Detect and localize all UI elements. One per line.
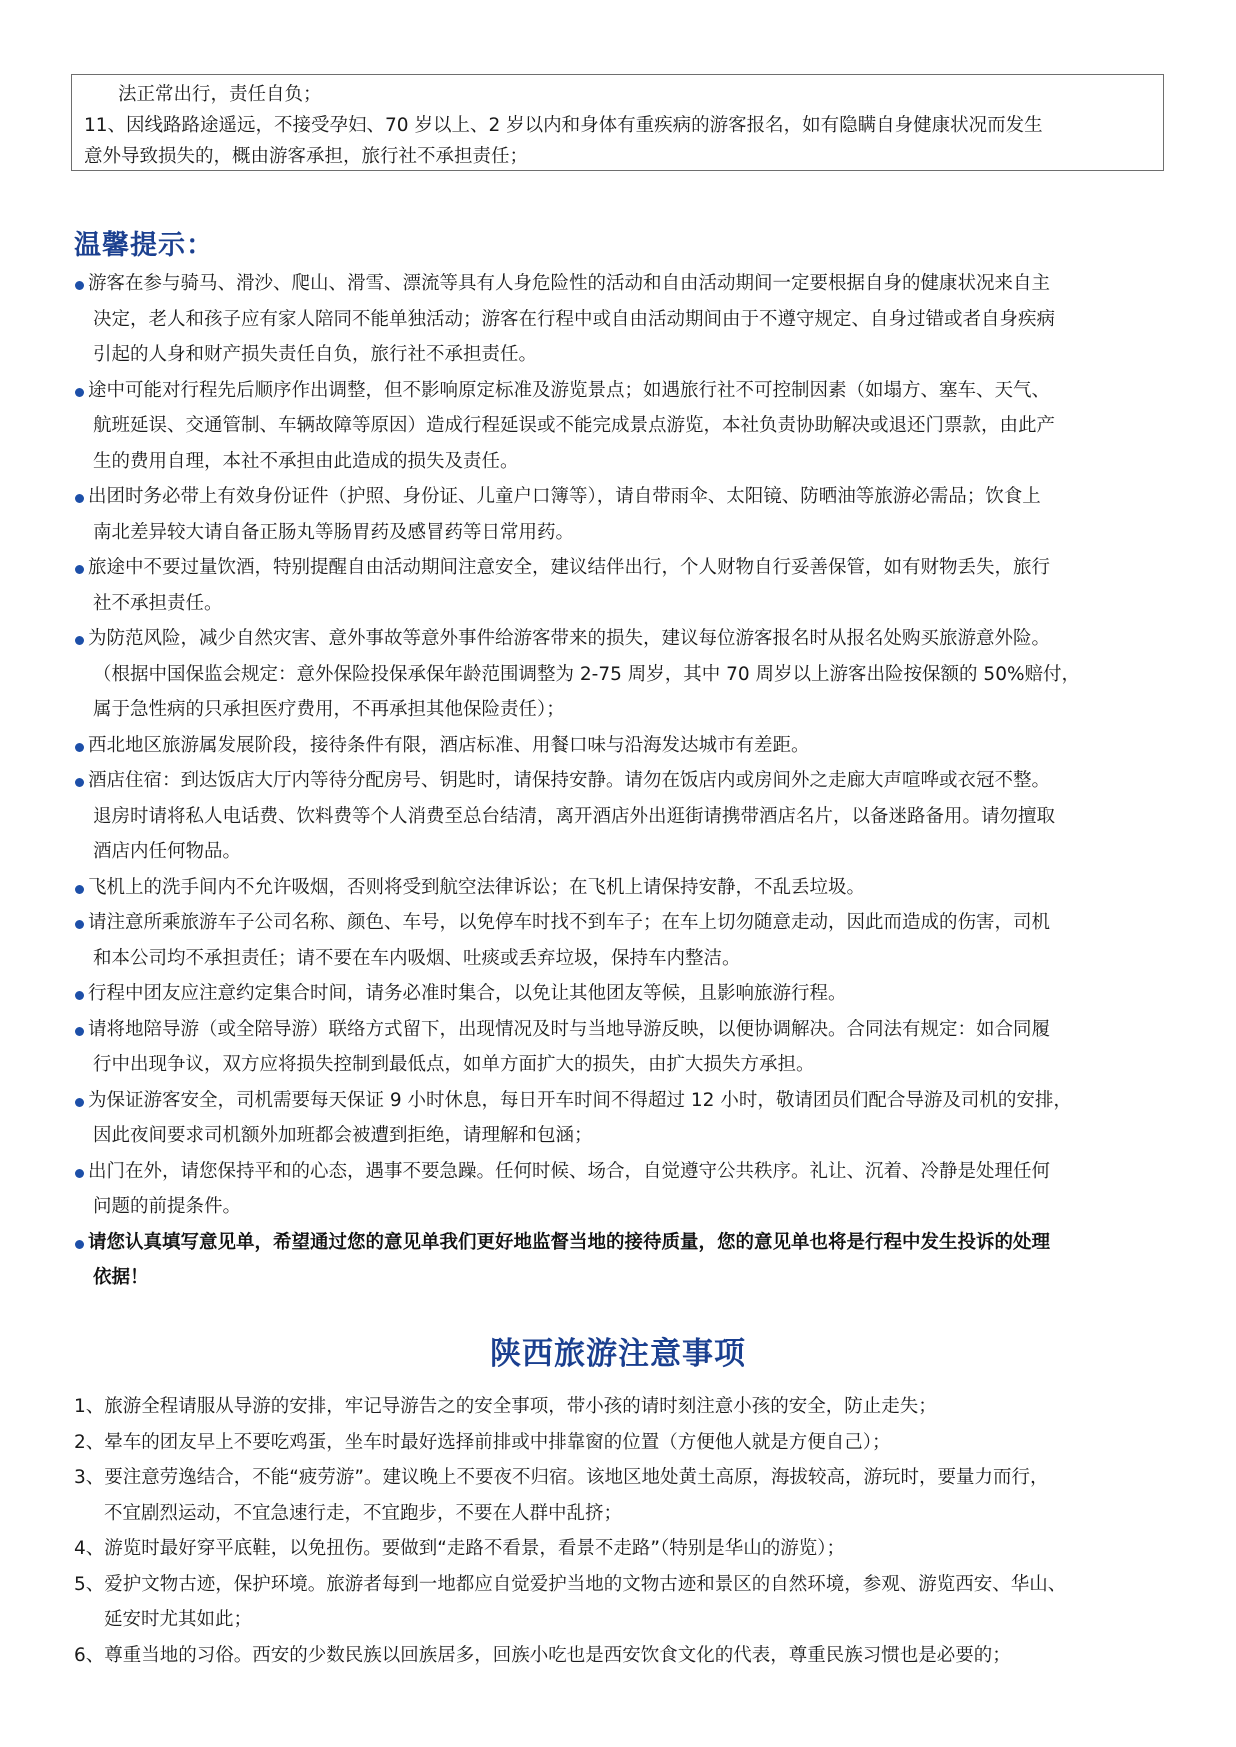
tips-heading: 温馨提示： [74, 223, 214, 262]
note-line: 6、尊重当地的习俗。西安的少数民族以回族居多，回族小吃也是西安饮食文化的代表，尊… [74, 1638, 1174, 1674]
tip-line: 行程中团友应注意约定集合时间，请务必准时集合，以免让其他团友等候，且影响旅游行程… [88, 976, 1174, 1012]
bullet-dot-icon [75, 885, 84, 894]
bullet-dot-icon [75, 1169, 84, 1178]
note-line: 延安时尤其如此； [74, 1602, 1174, 1638]
tip-item: 为防范风险，减少自然灾害、意外事故等意外事件给游客带来的损失，建议每位游客报名时… [74, 621, 1174, 728]
tip-item: 飞机上的洗手间内不允许吸烟，否则将受到航空法律诉讼；在飞机上请保持安静，不乱丢垃… [74, 870, 1174, 906]
shaanxi-note-item: 2、晕车的团友早上不要吃鸡蛋，坐车时最好选择前排或中排靠窗的位置（方便他人就是方… [74, 1425, 1174, 1461]
tip-line: 出门在外，请您保持平和的心态，遇事不要急躁。任何时候、场合，自觉遵守公共秩序。礼… [88, 1154, 1174, 1190]
tip-line: 出团时务必带上有效身份证件（护照、身份证、儿童户口簿等），请自带雨伞、太阳镜、防… [88, 479, 1174, 515]
tip-item: 酒店住宿：到达饭店大厅内等待分配房号、钥匙时，请保持安静。请勿在饭店内或房间外之… [74, 763, 1174, 870]
shaanxi-note-item: 1、旅游全程请服从导游的安排，牢记导游告之的安全事项，带小孩的请时刻注意小孩的安… [74, 1389, 1174, 1425]
tip-item: 请将地陪导游（或全陪导游）联络方式留下，出现情况及时与当地导游反映，以便协调解决… [74, 1012, 1174, 1083]
tip-line: 退房时请将私人电话费、饮料费等个人消费至总台结清，离开酒店外出逛街请携带酒店名片… [88, 799, 1174, 835]
bullet-dot-icon [75, 991, 84, 1000]
shaanxi-notes-list: 1、旅游全程请服从导游的安排，牢记导游告之的安全事项，带小孩的请时刻注意小孩的安… [74, 1389, 1174, 1673]
tip-line: 南北差异较大请自备正肠丸等肠胃药及感冒药等日常用药。 [88, 515, 1174, 551]
bullet-dot-icon [75, 281, 84, 290]
note-line: 4、游览时最好穿平底鞋，以免扭伤。要做到“走路不看景，看景不走路”（特别是华山的… [74, 1531, 1174, 1567]
terms-line: 意外导致损失的，概由游客承担，旅行社不承担责任； [84, 141, 1153, 172]
tip-line: 飞机上的洗手间内不允许吸烟，否则将受到航空法律诉讼；在飞机上请保持安静，不乱丢垃… [88, 870, 1174, 906]
tip-line: 请将地陪导游（或全陪导游）联络方式留下，出现情况及时与当地导游反映，以便协调解决… [88, 1012, 1174, 1048]
tip-line: 生的费用自理，本社不承担由此造成的损失及责任。 [88, 444, 1174, 480]
tip-line: 决定，老人和孩子应有家人陪同不能单独活动；游客在行程中或自由活动期间由于不遵守规… [88, 302, 1174, 338]
bullet-dot-icon [75, 920, 84, 929]
bullet-dot-icon [75, 388, 84, 397]
note-line: 不宜剧烈运动，不宜急速行走，不宜跑步，不要在人群中乱挤； [74, 1496, 1174, 1532]
note-line: 1、旅游全程请服从导游的安排，牢记导游告之的安全事项，带小孩的请时刻注意小孩的安… [74, 1389, 1174, 1425]
tip-line: 旅途中不要过量饮酒，特别提醒自由活动期间注意安全，建议结伴出行，个人财物自行妥善… [88, 550, 1174, 586]
terms-line: 法正常出行，责任自负； [84, 79, 1153, 110]
tip-line: 和本公司均不承担责任；请不要在车内吸烟、吐痰或丢弃垃圾，保持车内整洁。 [88, 941, 1174, 977]
tip-line: 为防范风险，减少自然灾害、意外事故等意外事件给游客带来的损失，建议每位游客报名时… [88, 621, 1174, 657]
tip-line: 问题的前提条件。 [88, 1189, 1174, 1225]
tip-line: 游客在参与骑马、滑沙、爬山、滑雪、漂流等具有人身危险性的活动和自由活动期间一定要… [88, 266, 1174, 302]
bullet-dot-icon [75, 494, 84, 503]
tip-item: 游客在参与骑马、滑沙、爬山、滑雪、漂流等具有人身危险性的活动和自由活动期间一定要… [74, 266, 1174, 373]
tip-item: 出门在外，请您保持平和的心态，遇事不要急躁。任何时候、场合，自觉遵守公共秩序。礼… [74, 1154, 1174, 1225]
bullet-dot-icon [75, 1240, 84, 1249]
tip-line: 依据！ [88, 1260, 1174, 1296]
tip-line: 西北地区旅游属发展阶段，接待条件有限，酒店标准、用餐口味与沿海发达城市有差距。 [88, 728, 1174, 764]
tip-line: 请您认真填写意见单，希望通过您的意见单我们更好地监督当地的接待质量，您的意见单也… [88, 1225, 1174, 1261]
bullet-dot-icon [75, 1098, 84, 1107]
tip-line: 航班延误、交通管制、车辆故障等原因）造成行程延误或不能完成景点游览，本社负责协助… [88, 408, 1174, 444]
bullet-dot-icon [75, 778, 84, 787]
note-line: 5、爱护文物古迹，保护环境。旅游者每到一地都应自觉爱护当地的文物古迹和景区的自然… [74, 1567, 1174, 1603]
tip-item: 行程中团友应注意约定集合时间，请务必准时集合，以免让其他团友等候，且影响旅游行程… [74, 976, 1174, 1012]
continued-terms-box: 法正常出行，责任自负； 11、因线路路途遥远，不接受孕妇、70 岁以上、2 岁以… [71, 74, 1164, 171]
tip-item: 为保证游客安全，司机需要每天保证 9 小时休息，每日开车时间不得超过 12 小时… [74, 1083, 1174, 1154]
tip-line: 引起的人身和财产损失责任自负，旅行社不承担责任。 [88, 337, 1174, 373]
tip-item: 请您认真填写意见单，希望通过您的意见单我们更好地监督当地的接待质量，您的意见单也… [74, 1225, 1174, 1296]
tip-line: 为保证游客安全，司机需要每天保证 9 小时休息，每日开车时间不得超过 12 小时… [88, 1083, 1174, 1119]
note-line: 2、晕车的团友早上不要吃鸡蛋，坐车时最好选择前排或中排靠窗的位置（方便他人就是方… [74, 1425, 1174, 1461]
shaanxi-note-item: 4、游览时最好穿平底鞋，以免扭伤。要做到“走路不看景，看景不走路”（特别是华山的… [74, 1531, 1174, 1567]
tip-item: 请注意所乘旅游车子公司名称、颜色、车号，以免停车时找不到车子；在车上切勿随意走动… [74, 905, 1174, 976]
tip-item: 出团时务必带上有效身份证件（护照、身份证、儿童户口簿等），请自带雨伞、太阳镜、防… [74, 479, 1174, 550]
tip-line: 因此夜间要求司机额外加班都会被遭到拒绝，请理解和包涵； [88, 1118, 1174, 1154]
shaanxi-note-item: 3、要注意劳逸结合，不能“疲劳游”。建议晚上不要夜不归宿。该地区地处黄土高原，海… [74, 1460, 1174, 1531]
shaanxi-note-item: 6、尊重当地的习俗。西安的少数民族以回族居多，回族小吃也是西安饮食文化的代表，尊… [74, 1638, 1174, 1674]
tip-line: 行中出现争议，双方应将损失控制到最低点，如单方面扩大的损失，由扩大损失方承担。 [88, 1047, 1174, 1083]
shaanxi-section-title: 陕西旅游注意事项 [0, 1328, 1236, 1373]
bullet-dot-icon [75, 1027, 84, 1036]
tips-list: 游客在参与骑马、滑沙、爬山、滑雪、漂流等具有人身危险性的活动和自由活动期间一定要… [74, 266, 1174, 1296]
tip-item: 西北地区旅游属发展阶段，接待条件有限，酒店标准、用餐口味与沿海发达城市有差距。 [74, 728, 1174, 764]
tip-line: 酒店住宿：到达饭店大厅内等待分配房号、钥匙时，请保持安静。请勿在饭店内或房间外之… [88, 763, 1174, 799]
tip-item: 途中可能对行程先后顺序作出调整，但不影响原定标准及游览景点；如遇旅行社不可控制因… [74, 373, 1174, 480]
tip-line: 属于急性病的只承担医疗费用，不再承担其他保险责任）； [88, 692, 1174, 728]
tip-item: 旅途中不要过量饮酒，特别提醒自由活动期间注意安全，建议结伴出行，个人财物自行妥善… [74, 550, 1174, 621]
tip-line: 社不承担责任。 [88, 586, 1174, 622]
note-line: 3、要注意劳逸结合，不能“疲劳游”。建议晚上不要夜不归宿。该地区地处黄土高原，海… [74, 1460, 1174, 1496]
tip-line: （根据中国保监会规定：意外保险投保承保年龄范围调整为 2-75 周岁，其中 70… [88, 657, 1174, 693]
bullet-dot-icon [75, 636, 84, 645]
tip-line: 酒店内任何物品。 [88, 834, 1174, 870]
shaanxi-note-item: 5、爱护文物古迹，保护环境。旅游者每到一地都应自觉爱护当地的文物古迹和景区的自然… [74, 1567, 1174, 1638]
bullet-dot-icon [75, 743, 84, 752]
tip-line: 请注意所乘旅游车子公司名称、颜色、车号，以免停车时找不到车子；在车上切勿随意走动… [88, 905, 1174, 941]
tip-line: 途中可能对行程先后顺序作出调整，但不影响原定标准及游览景点；如遇旅行社不可控制因… [88, 373, 1174, 409]
bullet-dot-icon [75, 565, 84, 574]
document-page: 法正常出行，责任自负； 11、因线路路途遥远，不接受孕妇、70 岁以上、2 岁以… [0, 0, 1236, 1747]
terms-line: 11、因线路路途遥远，不接受孕妇、70 岁以上、2 岁以内和身体有重疾病的游客报… [84, 110, 1153, 141]
